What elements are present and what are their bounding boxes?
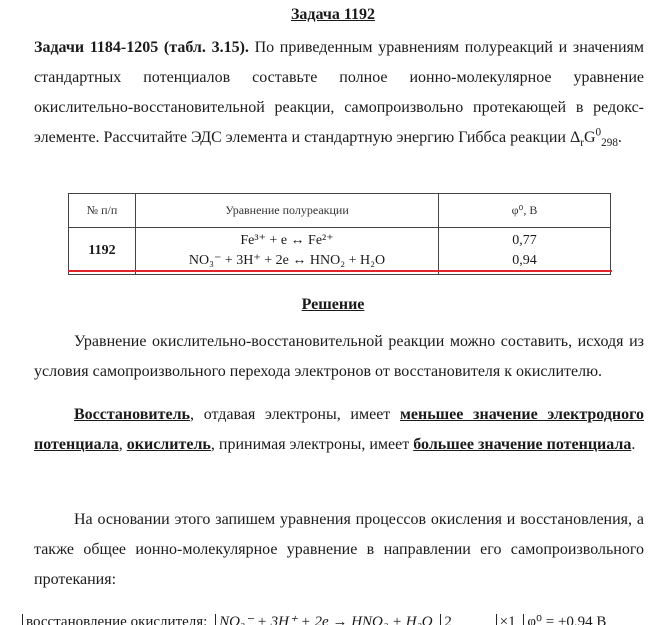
electrons: 2 [440, 614, 452, 625]
potential-1: 0,77 [440, 231, 609, 251]
header-reaction: Уравнение полуреакции [136, 194, 439, 228]
equation-label: восстановление окислителя: [22, 614, 207, 625]
term-oxidizer: окислитель [127, 436, 211, 453]
equation: NO₃⁻ + 3H⁺ + 2e → HNO₂ + H₂O [219, 614, 433, 625]
solution-heading: Решение [0, 296, 666, 314]
header-potential: φ⁰, В [439, 194, 611, 228]
row-reactions: Fe³⁺ + e ↔ Fe²⁺ NO₃⁻ + 3H⁺ + 2e ↔ HNO₂ +… [136, 228, 439, 275]
term-higher-potential: большее значение потенциала [413, 436, 631, 453]
gibbs-symbol: ΔrG0298 [570, 129, 618, 146]
solution-paragraph-2: Восстановитель, отдавая электроны, имеет… [34, 400, 644, 460]
potential-value: φ⁰ = +0,94 В [523, 614, 606, 625]
reduction-equation-line: восстановление окислителя: NO₃⁻ + 3H⁺ + … [18, 612, 666, 625]
term-reducer: Восстановитель [74, 406, 190, 423]
multiplier: ×1 [496, 614, 516, 625]
page-title: Задача 1192 [0, 6, 666, 24]
half-reactions-table: № п/п Уравнение полуреакции φ⁰, В 1192 F… [68, 193, 611, 275]
solution-paragraph-3: На основании этого запишем уравнения про… [34, 505, 644, 595]
task-statement: Задачи 1184-1205 (табл. 3.15). По привед… [34, 33, 644, 153]
potential-2: 0,94 [440, 251, 609, 271]
reaction-1: Fe³⁺ + e ↔ Fe²⁺ [137, 231, 437, 251]
header-number: № п/п [69, 194, 136, 228]
row-potentials: 0,77 0,94 [439, 228, 611, 275]
reaction-2: NO₃⁻ + 3H⁺ + 2e ↔ HNO₂ + H₂O [137, 251, 437, 271]
table-accent-line [68, 270, 612, 272]
row-number: 1192 [69, 228, 136, 275]
solution-paragraph-1: Уравнение окислительно-восстановительной… [34, 327, 644, 387]
task-range: Задачи 1184-1205 (табл. 3.15). [34, 39, 249, 56]
table-row: 1192 Fe³⁺ + e ↔ Fe²⁺ NO₃⁻ + 3H⁺ + 2e ↔ H… [69, 228, 611, 275]
